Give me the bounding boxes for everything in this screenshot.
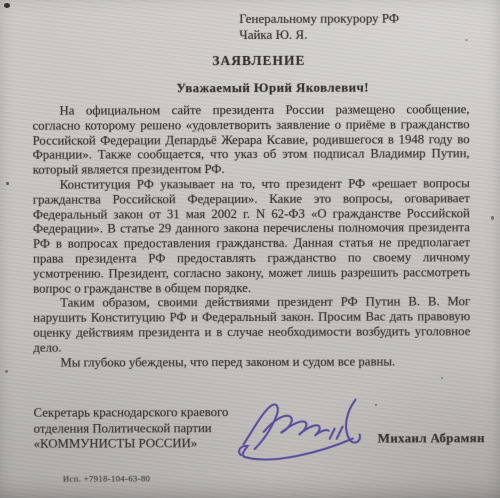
recipient-block: Генеральному прокурору РФ Чайка Ю. Я. [239,10,399,43]
salutation: Уважаемый Юрий Яковлевич! [176,80,369,97]
position-line-3: «КОММУНИСТЫ РОССИИ» [34,436,229,452]
paper-speck [4,3,10,8]
recipient-line-2: Чайка Ю. Я. [239,26,399,43]
signatory-position-block: Секретарь краснодарского краевого отделе… [34,405,229,452]
paragraph-3: Таким образом, своими действиями президе… [33,295,470,356]
paragraph-1: На официальном сайте президента России р… [32,102,469,178]
letter-title: ЗАЯВЛЕНИЕ [212,53,305,69]
paper-speck [6,182,9,185]
paper-speck [5,370,8,373]
executor-phone: Исп. +7918-104-63-80 [63,473,151,483]
paper-speck [441,377,443,379]
paragraph-2: Конституция РФ указывает на то, что през… [33,176,470,296]
paper-speck [465,39,468,41]
paragraph-4: Мы глубоко убеждены, что перед законом и… [33,354,470,370]
signatory-name: Михаил Абрамян [378,430,485,446]
letter-body: На официальном сайте президента России р… [32,102,470,370]
letter-content: Генеральному прокурору РФ Чайка Ю. Я. ЗА… [0,0,500,498]
scanned-letter-photo: Генеральному прокурору РФ Чайка Ю. Я. ЗА… [0,0,500,498]
paper-speck [375,404,377,406]
recipient-line-1: Генеральному прокурору РФ [239,10,399,27]
paper-speck [491,216,494,220]
position-line-1: Секретарь краснодарского краевого [34,405,229,421]
position-line-2: отделения Политической партии [34,421,229,437]
handwritten-signature-icon [233,392,371,476]
